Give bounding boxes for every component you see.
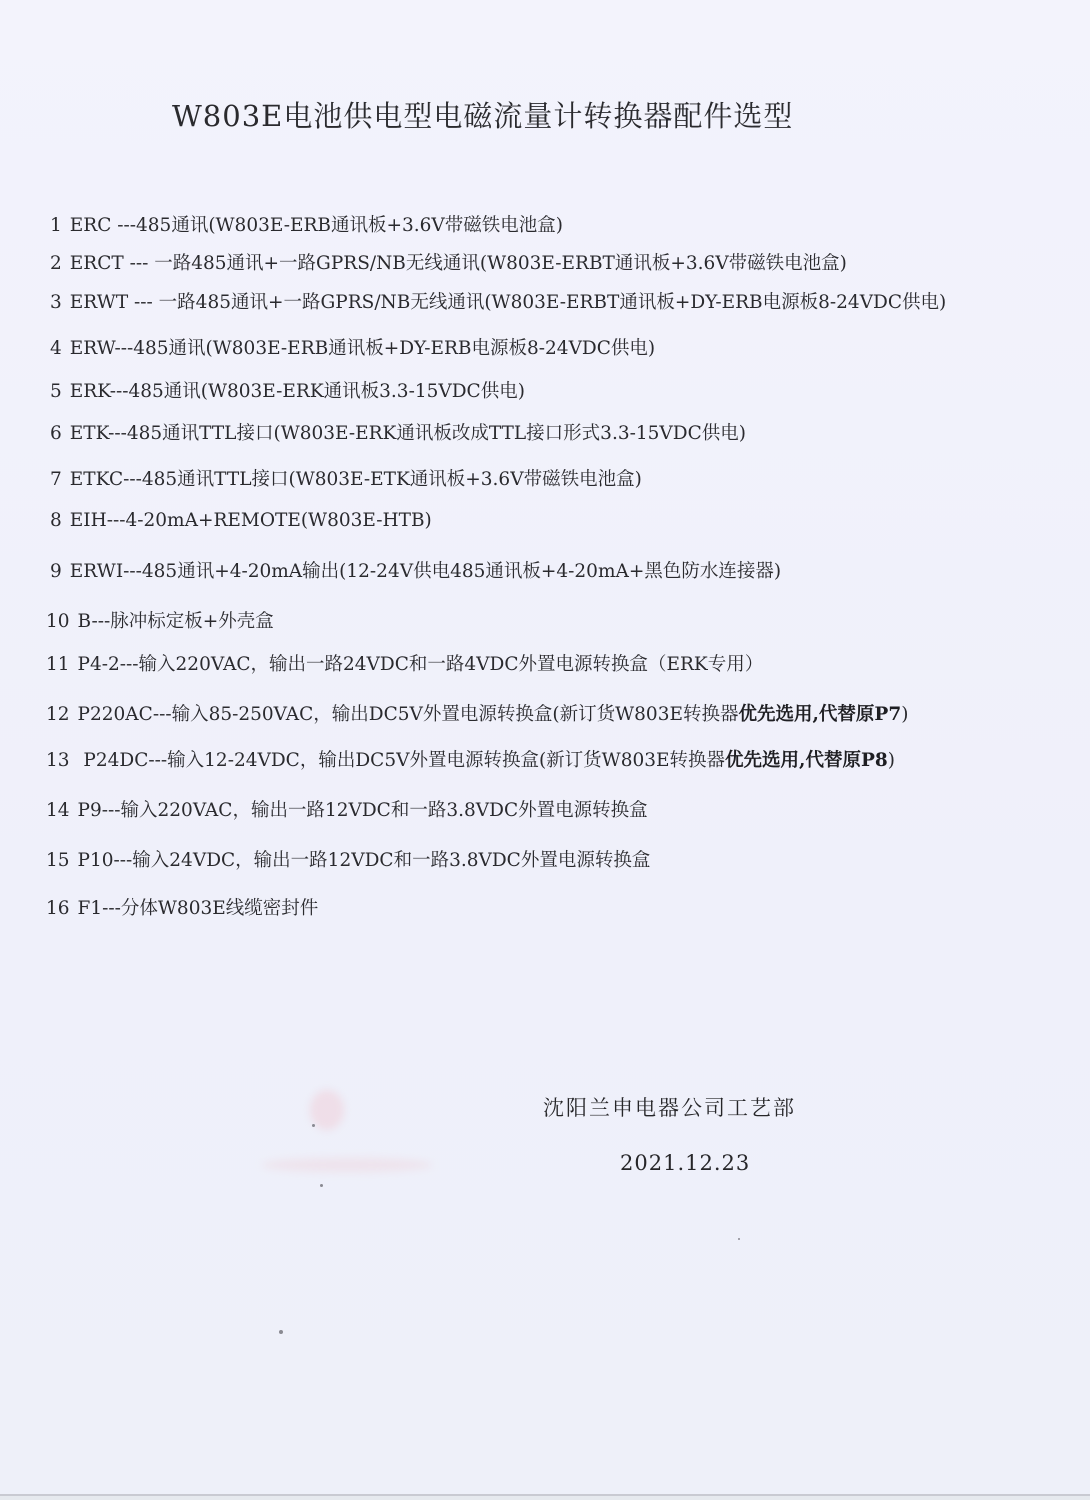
item-number: 16: [46, 898, 70, 919]
item-text: ERWI---485通讯+4-20mA输出(12-24V供电485通讯板+4-2…: [70, 561, 781, 582]
list-item: 1ERC ---485通讯(W803E-ERB通讯板+3.6V带磁铁电池盒): [50, 211, 563, 237]
item-text: F1---分体W803E线缆密封件: [78, 898, 319, 919]
scan-speck: [312, 1124, 315, 1127]
list-item: 7ETKC---485通讯TTL接口(W803E-ETK通讯板+3.6V带磁铁电…: [50, 465, 642, 491]
item-text: ETK---485通讯TTL接口(W803E-ERK通讯板改成TTL接口形式3.…: [70, 423, 746, 444]
scan-speck: [738, 1238, 740, 1240]
item-text: P220AC---输入85-250VAC，输出DC5V外置电源转换盒(新订货W8…: [78, 704, 739, 725]
list-item: 2ERCT --- 一路485通讯+一路GPRS/NB无线通讯(W803E-ER…: [50, 249, 847, 275]
item-number: 1: [50, 215, 62, 236]
list-item: 15P10---输入24VDC，输出一路12VDC和一路3.8VDC外置电源转换…: [46, 846, 650, 872]
list-item: 12P220AC---输入85-250VAC，输出DC5V外置电源转换盒(新订货…: [46, 700, 908, 726]
item-text: P10---输入24VDC，输出一路12VDC和一路3.8VDC外置电源转换盒: [78, 850, 651, 871]
item-text: ETKC---485通讯TTL接口(W803E-ETK通讯板+3.6V带磁铁电池…: [70, 469, 642, 490]
item-text-tail: ): [901, 704, 908, 725]
list-item: 9ERWI---485通讯+4-20mA输出(12-24V供电485通讯板+4-…: [50, 557, 781, 583]
item-number: 12: [46, 704, 70, 725]
item-text: ERK---485通讯(W803E-ERK通讯板3.3-15VDC供电): [70, 381, 525, 402]
list-item: 6ETK---485通讯TTL接口(W803E-ERK通讯板改成TTL接口形式3…: [50, 419, 746, 445]
item-text: ERC ---485通讯(W803E-ERB通讯板+3.6V带磁铁电池盒): [70, 215, 563, 236]
item-number: 8: [50, 510, 62, 531]
item-text: ERCT --- 一路485通讯+一路GPRS/NB无线通讯(W803E-ERB…: [70, 253, 847, 274]
list-item: 14P9---输入220VAC，输出一路12VDC和一路3.8VDC外置电源转换…: [46, 796, 648, 822]
item-text: ERW---485通讯(W803E-ERB通讯板+DY-ERB电源板8-24VD…: [70, 338, 655, 359]
list-item: 13 P24DC---输入12-24VDC，输出DC5V外置电源转换盒(新订货W…: [46, 746, 895, 772]
item-text: P9---输入220VAC，输出一路12VDC和一路3.8VDC外置电源转换盒: [78, 800, 648, 821]
scan-speck: [279, 1330, 283, 1334]
list-item: 11P4-2---输入220VAC，输出一路24VDC和一路4VDC外置电源转换…: [46, 650, 763, 676]
document-title: W803E电池供电型电磁流量计转换器配件选型: [172, 94, 793, 135]
item-text: P24DC---输入12-24VDC，输出DC5V外置电源转换盒(新订货W803…: [78, 750, 725, 771]
seal-remnant: [262, 1158, 432, 1172]
item-number: 9: [50, 561, 62, 582]
item-number: 3: [50, 292, 62, 313]
scan-edge-strip: [0, 1496, 1090, 1500]
item-text: EIH---4-20mA+REMOTE(W803E-HTB): [70, 510, 432, 531]
item-number: 11: [46, 654, 70, 675]
seal-remnant: [310, 1090, 344, 1130]
item-emphasis: 优先选用,代替原P7: [738, 704, 901, 725]
item-number: 6: [50, 423, 62, 444]
item-number: 15: [46, 850, 70, 871]
list-item: 10B---脉冲标定板+外壳盒: [46, 607, 274, 633]
list-item: 3ERWT --- 一路485通讯+一路GPRS/NB无线通讯(W803E-ER…: [50, 288, 946, 314]
item-number: 2: [50, 253, 62, 274]
item-text: P4-2---输入220VAC，输出一路24VDC和一路4VDC外置电源转换盒（…: [78, 654, 764, 675]
list-item: 8EIH---4-20mA+REMOTE(W803E-HTB): [50, 510, 432, 531]
list-item: 16F1---分体W803E线缆密封件: [46, 894, 318, 920]
item-number: 5: [50, 381, 62, 402]
list-item: 5ERK---485通讯(W803E-ERK通讯板3.3-15VDC供电): [50, 377, 525, 403]
signature-organization: 沈阳兰申电器公司工艺部: [543, 1092, 796, 1122]
scan-speck: [320, 1184, 323, 1187]
item-number: 13: [46, 750, 70, 771]
item-number: 10: [46, 611, 70, 632]
item-number: 7: [50, 469, 62, 490]
item-number: 14: [46, 800, 70, 821]
item-number: 4: [50, 338, 62, 359]
item-text: B---脉冲标定板+外壳盒: [78, 611, 274, 632]
signature-date: 2021.12.23: [620, 1151, 750, 1175]
item-text-tail: ): [888, 750, 895, 771]
item-text: ERWT --- 一路485通讯+一路GPRS/NB无线通讯(W803E-ERB…: [70, 292, 946, 313]
item-emphasis: 优先选用,代替原P8: [725, 750, 888, 771]
scanned-page: W803E电池供电型电磁流量计转换器配件选型 1ERC ---485通讯(W80…: [0, 0, 1090, 1500]
list-item: 4ERW---485通讯(W803E-ERB通讯板+DY-ERB电源板8-24V…: [50, 334, 655, 360]
